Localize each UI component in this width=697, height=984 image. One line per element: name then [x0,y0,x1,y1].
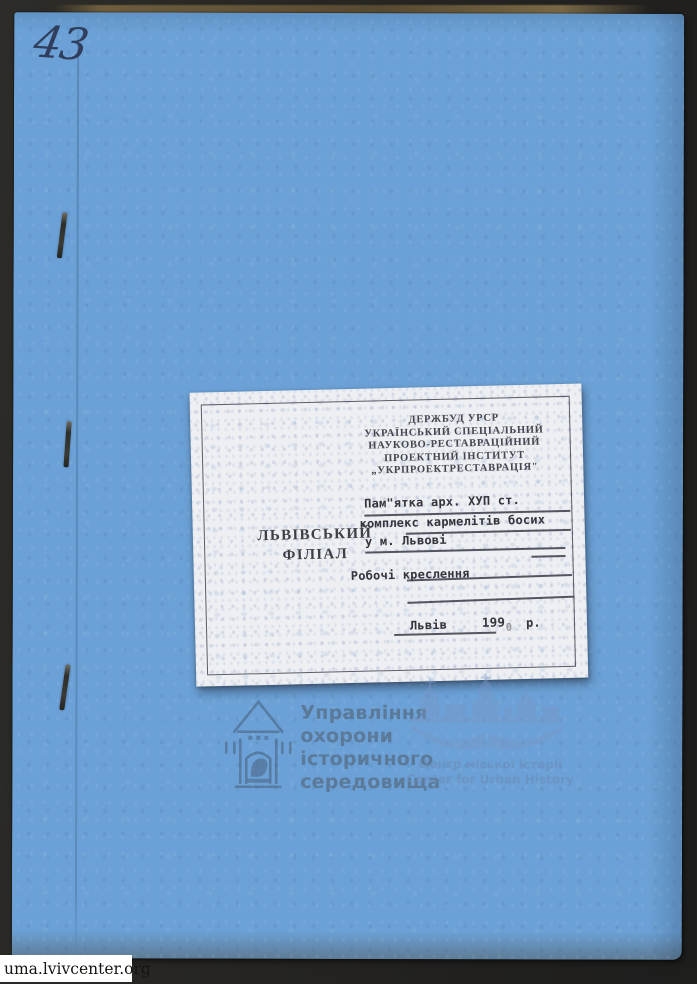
label-city: Львів [410,618,447,633]
fold-line [75,12,79,958]
source-url-text: uma.lvivcenter.org [4,960,151,978]
watermark-line: Center for Urban History [404,772,576,787]
staple-middle [63,421,71,467]
year-prefix: 199 [482,614,506,630]
institute-header: ДЕРЖБУД УРСР УКРАЇНСЬКИЙ СПЕЦІАЛЬНИЙ НАУ… [335,411,573,479]
label-year: 1990 [482,614,513,630]
scanned-document: 43 ДЕРЖБУД УРСР УКРАЇНСЬКИЙ СПЕЦІАЛЬНИЙ … [0,0,697,984]
staple-top [57,212,68,258]
staple-bottom [59,664,70,710]
year-last-digit: 0 [506,620,513,633]
heritage-tower-icon [221,697,295,793]
urban-history-skyline-icon [407,673,567,757]
urban-history-watermark-text: Центр міської історії Center for Urban H… [404,757,576,787]
archive-label: ДЕРЖБУД УРСР УКРАЇНСЬКИЙ СПЕЦІАЛЬНИЙ НАУ… [189,384,588,687]
handwritten-page-number: 43 [30,17,91,71]
source-url-overlay: uma.lvivcenter.org [0,955,132,982]
year-suffix: р. [526,616,541,630]
folder-cover: 43 ДЕРЖБУД УРСР УКРАЇНСЬКИЙ СПЕЦІАЛЬНИЙ … [12,12,684,960]
watermark-line: Центр міської історії [404,757,576,772]
monument-title-line3: у м. Львові [365,533,447,549]
